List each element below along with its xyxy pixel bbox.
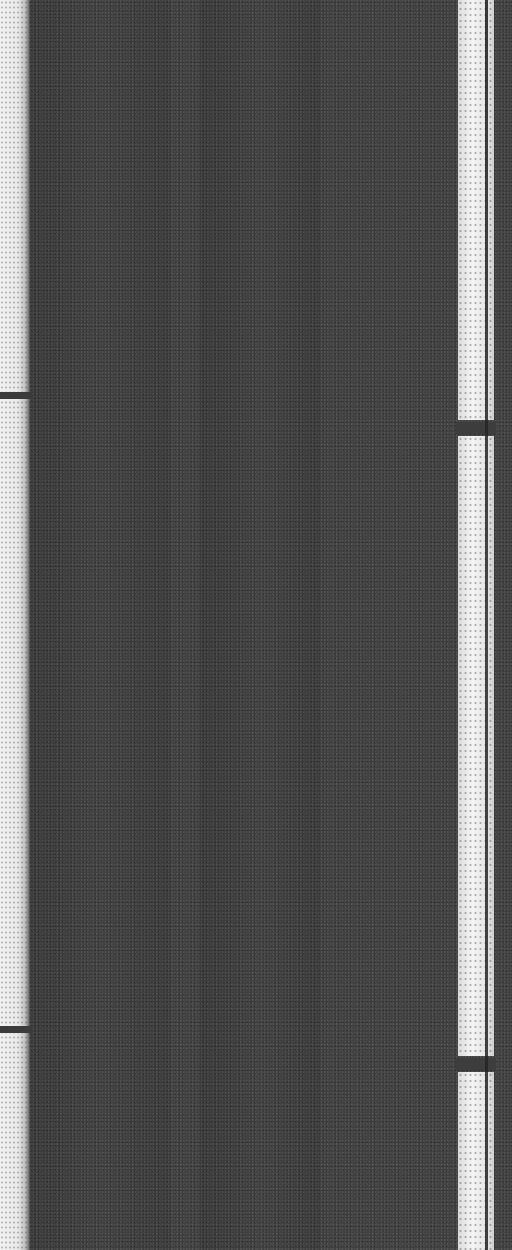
road-surface-image [0,0,512,1250]
left-edge-line [0,0,30,1250]
pavement-joint-left [0,392,32,399]
right-lane-line-segment [458,0,494,420]
pavement-joint-right [456,422,496,434]
pavement-joint-right [456,1058,496,1070]
asphalt-tone-band [30,0,170,1250]
asphalt-wheel-track [200,0,320,1250]
right-lane-line-segment [458,436,494,1056]
longitudinal-crack [485,0,488,1250]
pavement-joint-left [0,1026,32,1033]
right-lane-line-segment [458,1072,494,1250]
